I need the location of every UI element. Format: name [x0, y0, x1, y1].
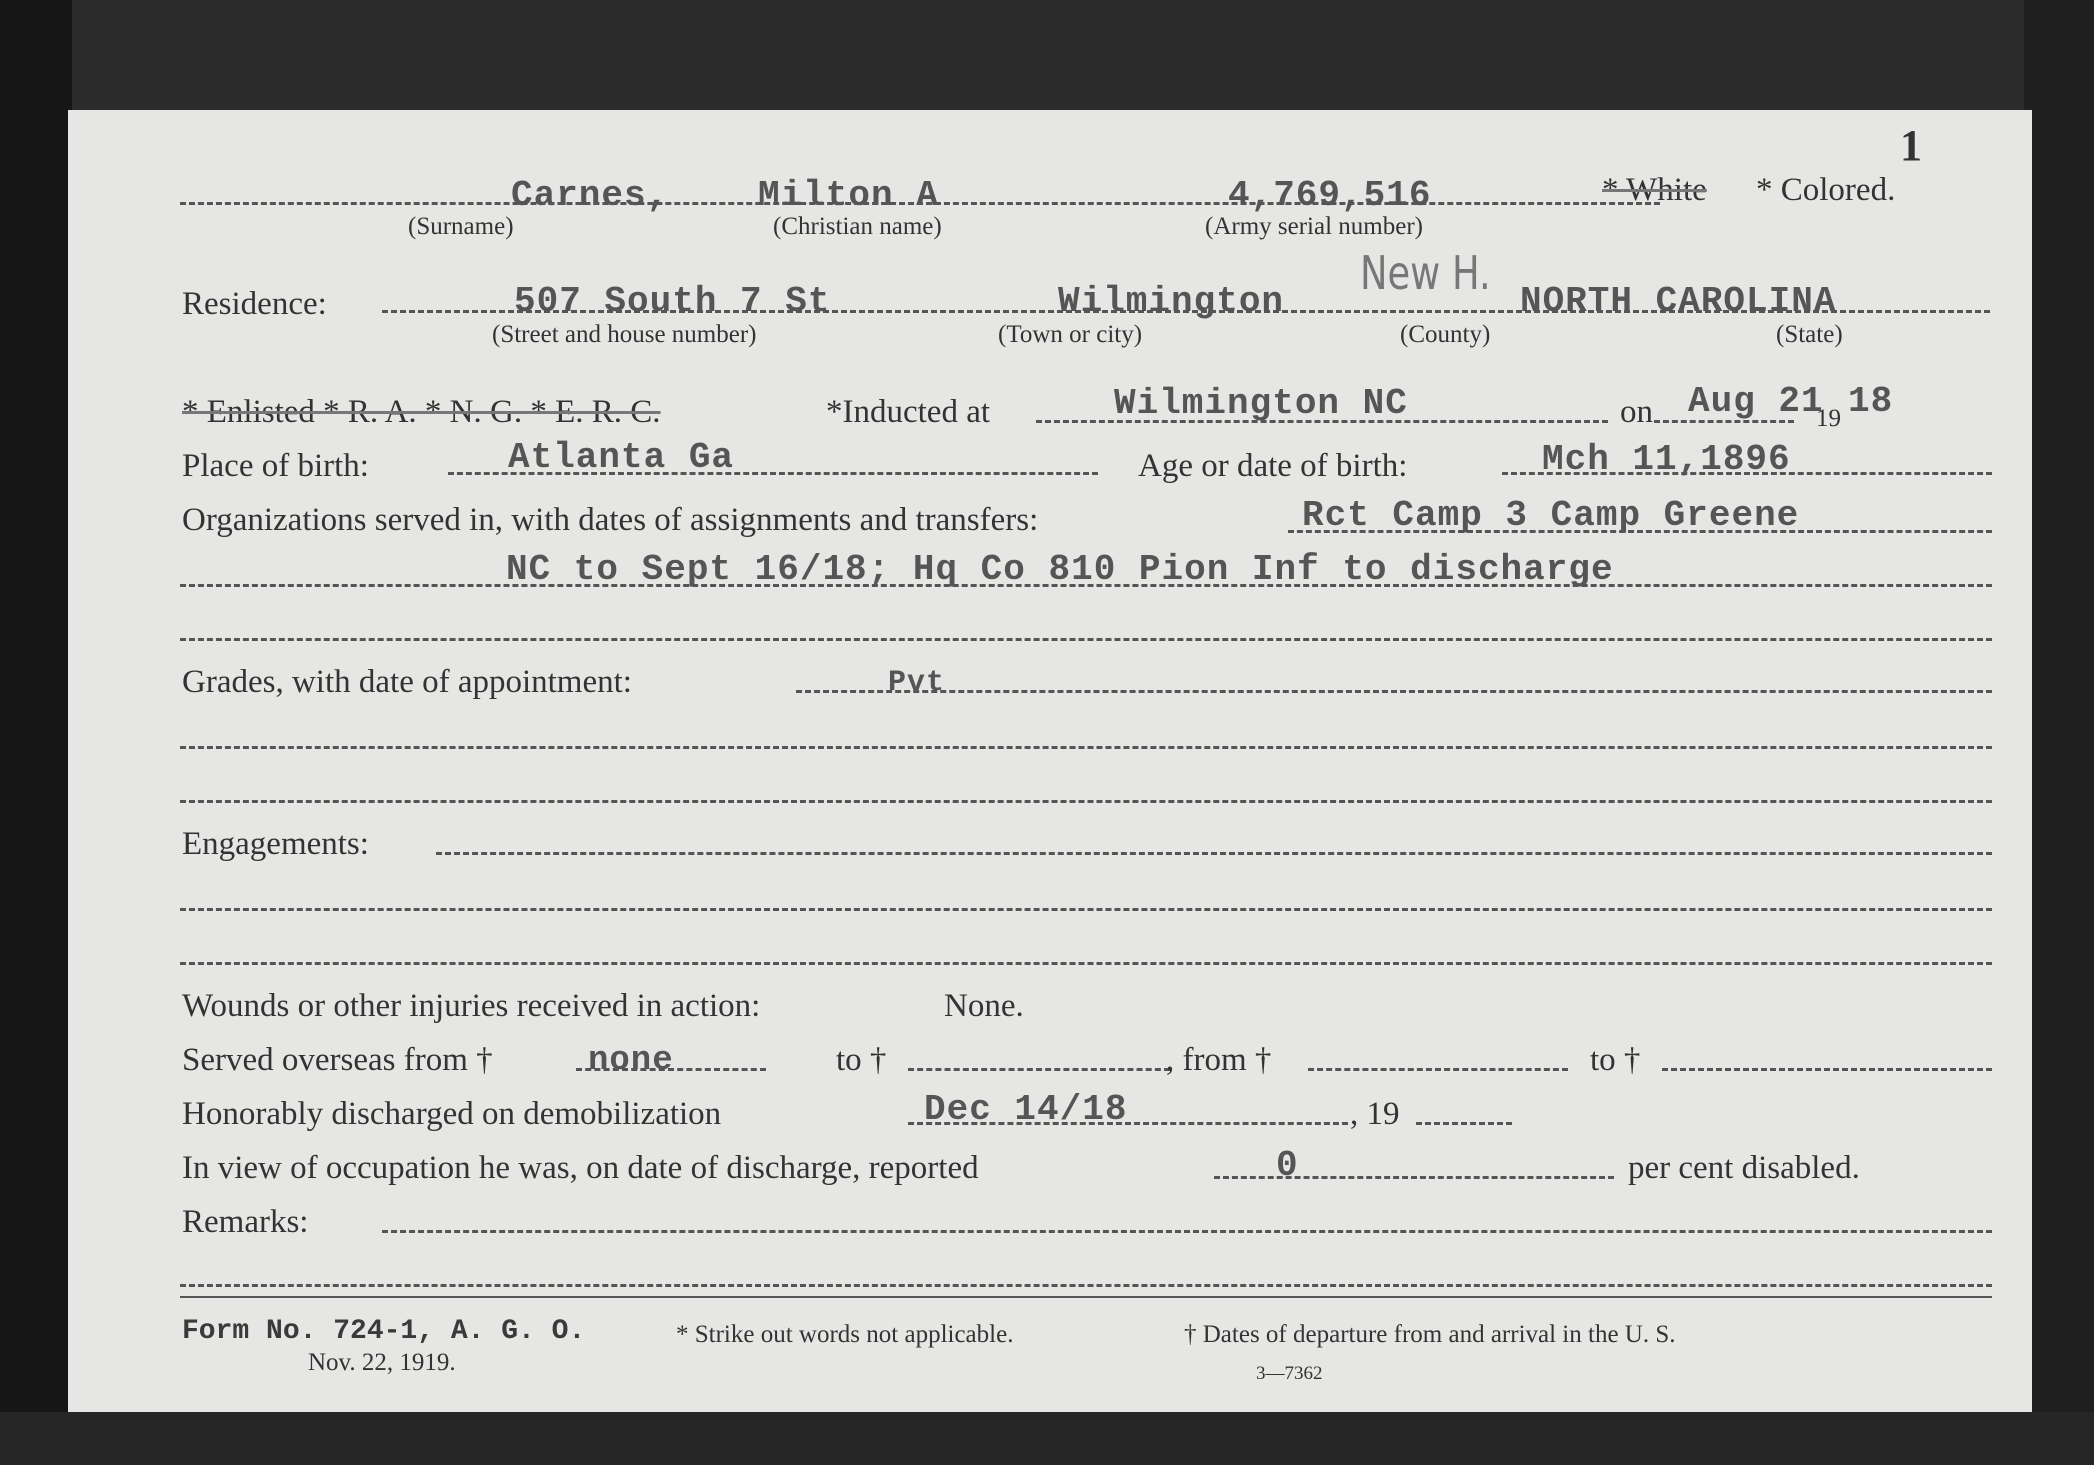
surname-value: Carnes, — [511, 178, 669, 214]
remarks-line-1 — [382, 1230, 1992, 1233]
remarks-label: Remarks: — [182, 1206, 308, 1239]
print-code: 3—7362 — [1256, 1364, 1323, 1383]
serial-number-value: 4,769,516 — [1228, 178, 1431, 214]
discharge-label: Honorably discharged on demobilization — [182, 1098, 721, 1131]
discharge-year-line — [1416, 1122, 1512, 1125]
state-value: NORTH CAROLINA — [1520, 284, 1836, 320]
residence-label: Residence: — [182, 288, 327, 321]
date-of-birth-label: Age or date of birth: — [1138, 450, 1407, 483]
date-of-birth-value: Mch 11,1896 — [1542, 442, 1791, 478]
remarks-line-2 — [180, 1284, 1992, 1287]
overseas-from-value: none — [588, 1044, 674, 1078]
discharge-year-label: , 19 — [1350, 1098, 1400, 1131]
wounds-value: None. — [944, 990, 1024, 1023]
scan-background-bottom — [0, 1412, 2094, 1465]
overseas-from-label: Served overseas from † — [182, 1044, 493, 1077]
inducted-date-value: Aug 21 — [1688, 384, 1824, 420]
wounds-label: Wounds or other injuries received in act… — [182, 990, 760, 1023]
engagements-label: Engagements: — [182, 828, 369, 861]
on-label: on — [1620, 396, 1653, 429]
scan-background-right — [2024, 0, 2094, 1465]
surname-caption: (Surname) — [408, 214, 514, 239]
disability-line — [1214, 1176, 1614, 1179]
race-colored-option: * Colored. — [1756, 174, 1895, 207]
street-caption: (Street and house number) — [492, 322, 757, 347]
page-number: 1 — [1900, 124, 1922, 168]
organizations-line-3 — [180, 638, 1992, 641]
overseas-to2-line — [1662, 1068, 1992, 1071]
organizations-value-1: Rct Camp 3 Camp Greene — [1302, 498, 1799, 534]
christian-name-caption: (Christian name) — [773, 214, 942, 239]
disability-label: In view of occupation he was, on date of… — [182, 1152, 979, 1185]
state-caption: (State) — [1776, 322, 1843, 347]
discharge-date-value: Dec 14/18 — [924, 1092, 1127, 1128]
serial-number-caption: (Army serial number) — [1205, 214, 1423, 239]
place-of-birth-value: Atlanta Ga — [508, 440, 734, 476]
town-value: Wilmington — [1058, 284, 1284, 320]
overseas-to2-label: to † — [1590, 1044, 1640, 1077]
service-record-card: 1 Carnes, Milton A 4,769,516 (Surname) (… — [68, 110, 2032, 1412]
inducted-at-label: *Inducted at — [826, 396, 990, 429]
engagements-line-1 — [436, 852, 1992, 855]
engagements-line-3 — [180, 962, 1992, 965]
place-of-birth-label: Place of birth: — [182, 450, 369, 483]
engagements-line-2 — [180, 908, 1992, 911]
overseas-from2-line — [1308, 1068, 1568, 1071]
dagger-note: † Dates of departure from and arrival in… — [1184, 1322, 1676, 1347]
grades-line-1 — [796, 690, 1992, 693]
town-caption: (Town or city) — [998, 322, 1142, 347]
grades-line-2 — [180, 746, 1992, 749]
enlisted-options: * Enlisted * R. A. * N. G. * E. R. C. — [182, 396, 661, 429]
overseas-to-line — [908, 1068, 1170, 1071]
disability-value: 0 — [1276, 1148, 1299, 1184]
footer-rule — [180, 1296, 1992, 1298]
county-value: New H. — [1360, 250, 1491, 296]
race-white-option: * White — [1602, 174, 1707, 207]
grades-value: Pvt — [888, 668, 945, 698]
year-prefix: 19 — [1816, 406, 1841, 431]
scan-background-left — [0, 0, 72, 1465]
inducted-year-value: 18 — [1848, 384, 1893, 420]
grades-line-3 — [180, 800, 1992, 803]
grades-label: Grades, with date of appointment: — [182, 666, 632, 699]
street-value: 507 South 7 St — [514, 284, 830, 320]
form-date: Nov. 22, 1919. — [308, 1350, 456, 1375]
disability-suffix: per cent disabled. — [1628, 1152, 1860, 1185]
organizations-value-2: NC to Sept 16/18; Hq Co 810 Pion Inf to … — [506, 552, 1614, 588]
form-number: Form No. 724-1, A. G. O. — [182, 1318, 585, 1346]
overseas-to-label: to † — [836, 1044, 886, 1077]
strike-out-note: * Strike out words not applicable. — [676, 1322, 1013, 1347]
organizations-label: Organizations served in, with dates of a… — [182, 504, 1038, 537]
inducted-place-value: Wilmington NC — [1114, 386, 1408, 422]
overseas-from2-label: , from † — [1166, 1044, 1271, 1077]
christian-name-value: Milton A — [758, 178, 939, 214]
county-caption: (County) — [1400, 322, 1490, 347]
